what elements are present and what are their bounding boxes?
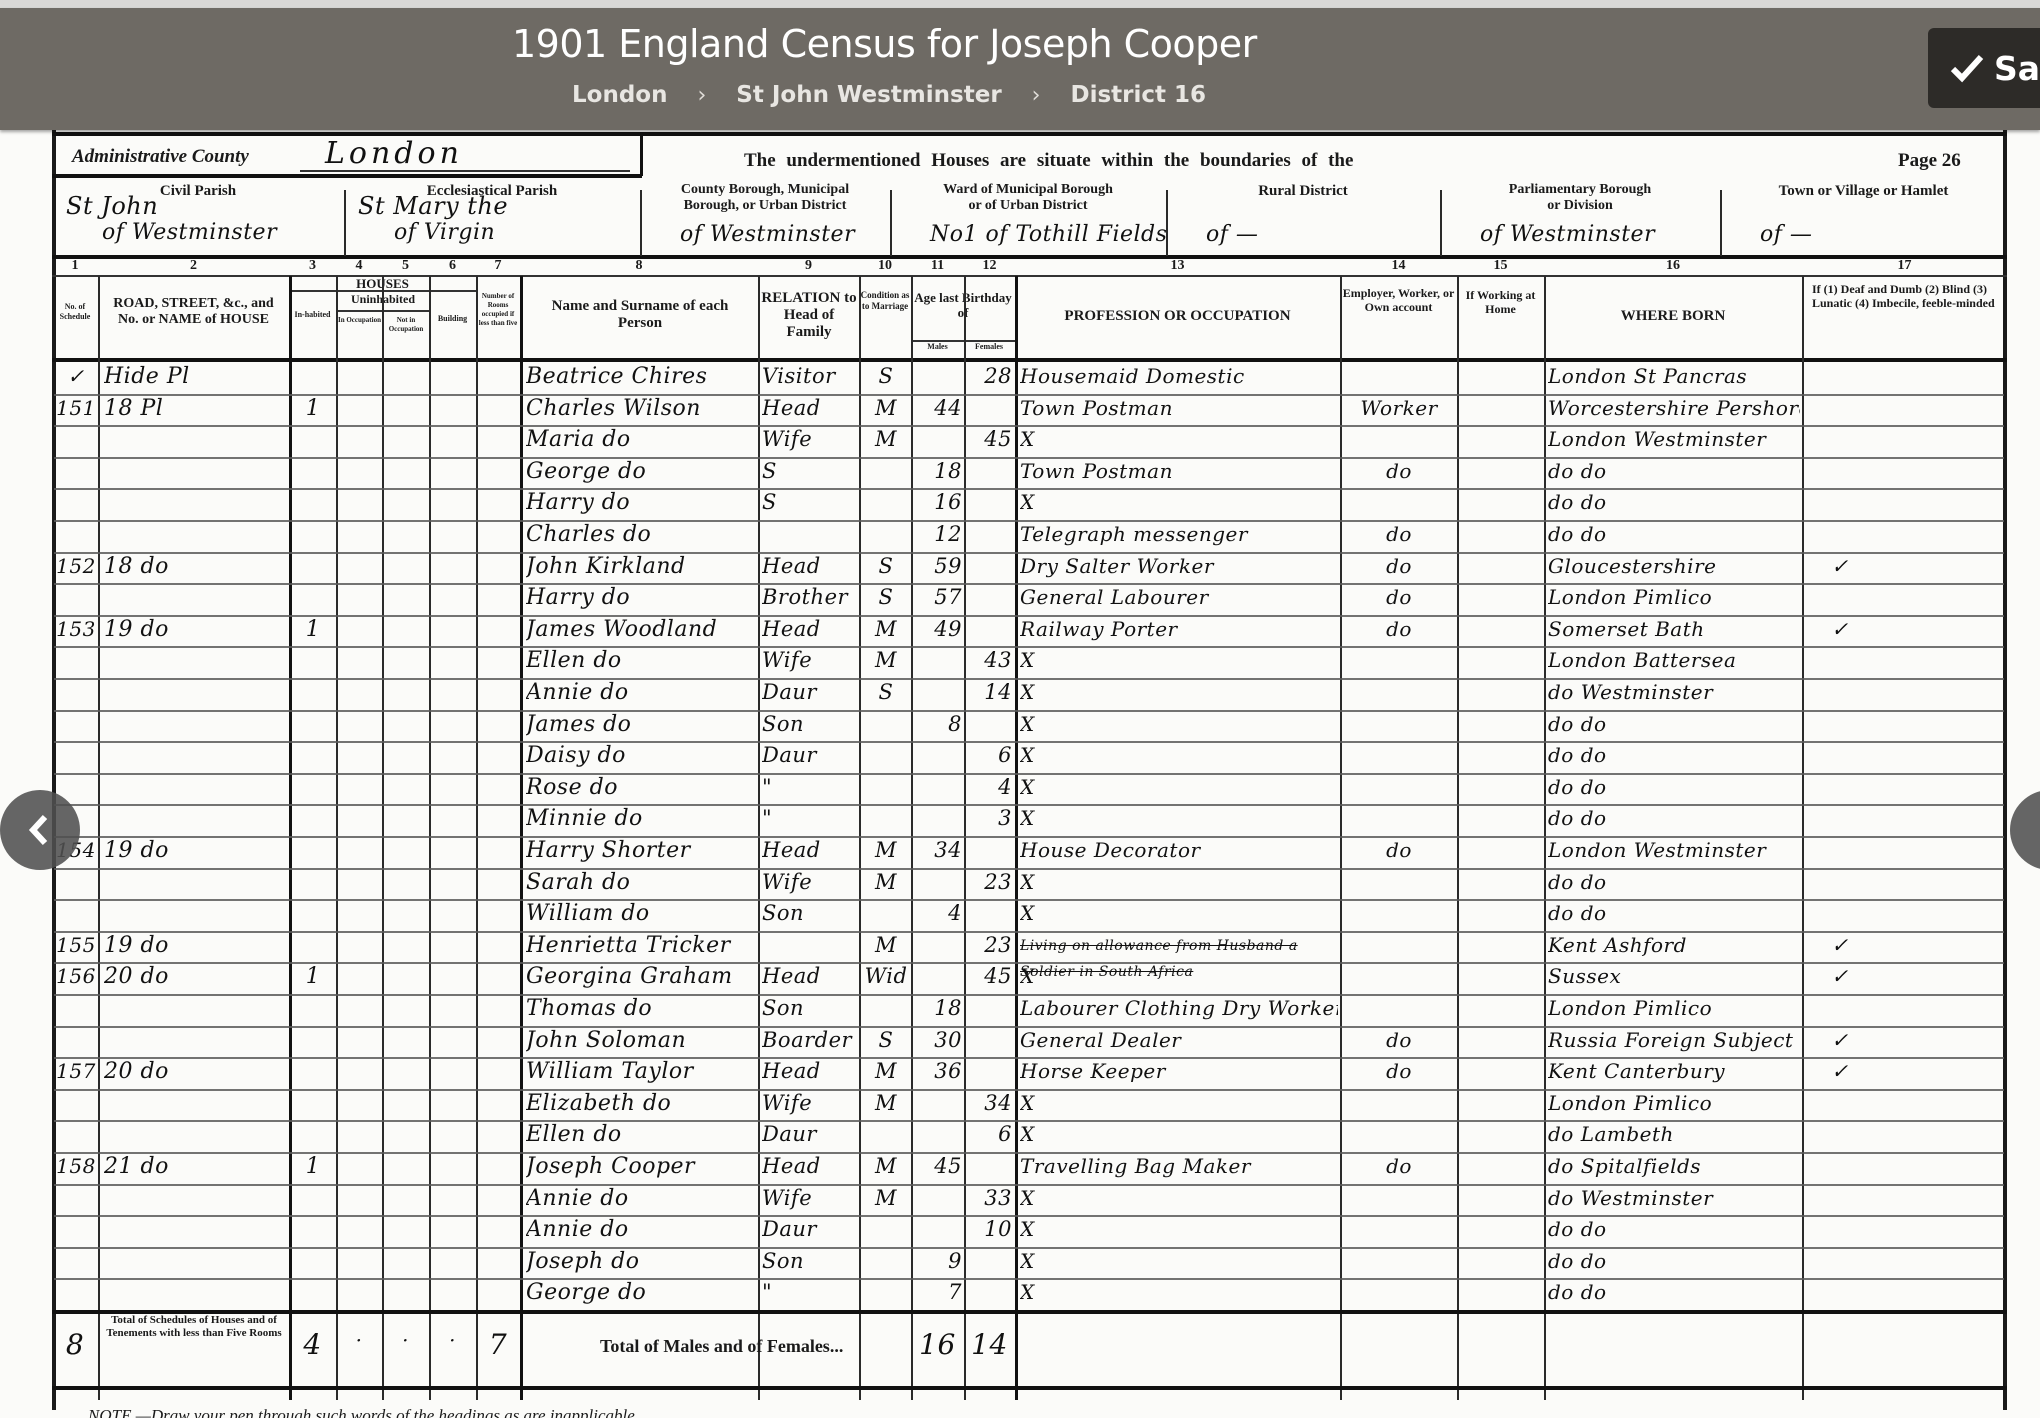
- occupation: Labourer Clothing Dry Worker: [1020, 996, 1338, 1020]
- relation-to-head: Son: [762, 901, 858, 925]
- marital-condition: Wid: [862, 964, 910, 988]
- district-value: St Mary the: [358, 192, 508, 220]
- occupation: X: [1020, 1217, 1338, 1241]
- census-image: Administrative County London The underme…: [0, 130, 2040, 1418]
- column-header: No. of Schedule: [52, 302, 98, 322]
- occupation: X: [1020, 1280, 1338, 1304]
- employer-status: do: [1344, 1059, 1454, 1083]
- breadcrumb-separator: ›: [697, 83, 706, 108]
- marital-condition: M: [862, 396, 910, 420]
- marital-condition: M: [862, 1059, 910, 1083]
- column-header: Employer, Worker, or Own account: [1340, 286, 1457, 314]
- birthplace: do do: [1548, 522, 1800, 546]
- district-value: St John: [66, 192, 158, 220]
- occupation: X: [1020, 775, 1338, 799]
- relation-to-head: Wife: [762, 870, 858, 894]
- female-age: 10: [964, 1217, 1012, 1241]
- male-age: 8: [912, 712, 962, 736]
- breadcrumb-district[interactable]: District 16: [1070, 82, 1206, 108]
- occupation: X: [1020, 964, 1338, 988]
- chevron-right-icon: [2035, 813, 2040, 847]
- relation-to-head: ": [762, 806, 858, 830]
- column-header: RELATION to Head of Family: [760, 290, 858, 341]
- marital-condition: S: [862, 554, 910, 578]
- infirmity-mark: ✓: [1810, 554, 1870, 578]
- birthplace: Sussex: [1548, 964, 1800, 988]
- male-age: 9: [912, 1249, 962, 1273]
- column-number: 13: [1015, 258, 1340, 274]
- female-age: 14: [964, 680, 1012, 704]
- female-age: 4: [964, 775, 1012, 799]
- male-age: 44: [912, 396, 962, 420]
- inhabited-count: 1: [292, 964, 334, 989]
- person-name: James Woodland: [526, 617, 756, 642]
- relation-to-head: ": [762, 1280, 858, 1304]
- column-number: 14: [1340, 258, 1457, 274]
- page-title: 1901 England Census for Joseph Cooper: [512, 22, 1257, 66]
- road-address: Hide Pl: [104, 364, 284, 389]
- schedule-number: 151: [56, 396, 96, 420]
- column-header: Number of Rooms occupied if less than fi…: [478, 292, 518, 328]
- male-age: 57: [912, 585, 962, 609]
- male-age: 34: [912, 838, 962, 862]
- district-label: Ward of Municipal Borough: [890, 182, 1166, 197]
- birthplace: do do: [1548, 1249, 1800, 1273]
- rule: [640, 132, 643, 176]
- male-age: 18: [912, 459, 962, 483]
- female-age: 43: [964, 648, 1012, 672]
- schedule-number: 158: [56, 1154, 96, 1178]
- district-value: of —: [1760, 222, 1812, 247]
- relation-to-head: Head: [762, 1154, 858, 1178]
- relation-to-head: Head: [762, 396, 858, 420]
- column-header: If Working at Home: [1457, 288, 1544, 316]
- marital-condition: M: [862, 838, 910, 862]
- employer-status: do: [1344, 459, 1454, 483]
- birthplace: Russia Foreign Subject: [1548, 1028, 1800, 1052]
- inhabited-count: 1: [292, 617, 334, 642]
- person-name: Harry do: [526, 490, 756, 515]
- total-schedules: 8: [52, 1328, 98, 1361]
- occupation: Town Postman: [1020, 396, 1338, 420]
- relation-to-head: Head: [762, 554, 858, 578]
- window-top-strip: [0, 0, 2040, 8]
- district-value: of Virgin: [394, 220, 495, 245]
- admin-county-value: London: [325, 136, 463, 171]
- relation-to-head: Brother: [762, 585, 858, 609]
- birthplace: do do: [1548, 806, 1800, 830]
- relation-to-head: S: [762, 490, 858, 514]
- relation-to-head: Daur: [762, 743, 858, 767]
- infirmity-mark: ✓: [1810, 1059, 1870, 1083]
- column-number: 6: [429, 258, 476, 274]
- person-name: Minnie do: [526, 806, 756, 831]
- person-name: Annie do: [526, 680, 756, 705]
- occupation: General Labourer: [1020, 585, 1338, 609]
- occupation: X: [1020, 1122, 1338, 1146]
- relation-to-head: Head: [762, 838, 858, 862]
- birthplace: Kent Canterbury: [1548, 1059, 1800, 1083]
- marital-condition: M: [862, 870, 910, 894]
- female-age: 23: [964, 870, 1012, 894]
- column-header: Name and Surname of each Person: [540, 298, 740, 332]
- male-age: 12: [912, 522, 962, 546]
- column-header: Age last Birthday of: [912, 290, 1014, 320]
- birthplace: do do: [1548, 743, 1800, 767]
- male-age: 7: [912, 1280, 962, 1304]
- inhabited-count: 1: [292, 396, 334, 421]
- female-age: 45: [964, 964, 1012, 988]
- person-name: George do: [526, 1280, 756, 1305]
- occupation: Housemaid Domestic: [1020, 364, 1338, 388]
- birthplace: London Westminster: [1548, 838, 1800, 862]
- birthplace: Somerset Bath: [1548, 617, 1800, 641]
- male-age: 49: [912, 617, 962, 641]
- total-inhabited: 4: [289, 1328, 336, 1361]
- column-number: 12: [964, 258, 1015, 274]
- infirmity-mark: ✓: [1810, 933, 1870, 957]
- column-number: 17: [1802, 258, 2007, 274]
- rule: [52, 1310, 2007, 1314]
- relation-to-head: Son: [762, 996, 858, 1020]
- occupation: Railway Porter: [1020, 617, 1338, 641]
- column-number: 7: [476, 258, 520, 274]
- person-name: Charles Wilson: [526, 396, 756, 421]
- marital-condition: M: [862, 1154, 910, 1178]
- person-name: Thomas do: [526, 996, 756, 1021]
- save-button[interactable]: Save: [1928, 28, 2040, 108]
- birthplace: do Spitalfields: [1548, 1154, 1800, 1178]
- person-name: Georgina Graham: [526, 964, 756, 989]
- district-value: of Westminster: [680, 222, 855, 247]
- column-header: Not in Occupation: [384, 316, 428, 334]
- column-header: In Occupation: [338, 316, 381, 325]
- female-age: 45: [964, 427, 1012, 451]
- marital-condition: M: [862, 427, 910, 451]
- breadcrumb-county[interactable]: London: [572, 82, 667, 108]
- previous-image-button[interactable]: [0, 790, 80, 870]
- female-age: 28: [964, 364, 1012, 388]
- rule: [300, 170, 630, 172]
- totals-males-females-label: Total of Males and of Females...: [600, 1336, 843, 1357]
- person-name: Joseph do: [526, 1249, 756, 1274]
- breadcrumb-separator: ›: [1032, 83, 1041, 108]
- birthplace: do do: [1548, 712, 1800, 736]
- marital-condition: S: [862, 364, 910, 388]
- total-rooms: 7: [476, 1328, 520, 1361]
- breadcrumb-parish[interactable]: St John Westminster: [736, 82, 1001, 108]
- column-number: 4: [336, 258, 382, 274]
- road-address: 19 do: [104, 617, 284, 642]
- district-label: Parliamentary Borough: [1440, 182, 1720, 197]
- relation-to-head: Daur: [762, 1122, 858, 1146]
- employer-status: do: [1344, 522, 1454, 546]
- relation-to-head: Head: [762, 964, 858, 988]
- total-in-occupation: ·: [336, 1328, 382, 1352]
- employer-status: do: [1344, 554, 1454, 578]
- marital-condition: M: [862, 1091, 910, 1115]
- admin-county-label: Administrative County: [72, 146, 249, 168]
- relation-to-head: Head: [762, 1059, 858, 1083]
- road-address: 18 Pl: [104, 396, 284, 421]
- column-header: Building: [430, 314, 475, 324]
- marital-condition: M: [862, 1186, 910, 1210]
- male-age: 16: [912, 490, 962, 514]
- column-number: 5: [382, 258, 429, 274]
- schedule-number: 155: [56, 933, 96, 957]
- inhabited-count: 1: [292, 1154, 334, 1179]
- rule: [911, 340, 1015, 342]
- schedule-number: 157: [56, 1059, 96, 1083]
- total-females: 14: [964, 1328, 1015, 1361]
- rule: [344, 190, 346, 256]
- person-name: Rose do: [526, 775, 756, 800]
- district-label: or of Urban District: [890, 198, 1166, 213]
- person-name: Harry Shorter: [526, 838, 756, 863]
- person-name: Maria do: [526, 427, 756, 452]
- occupation: X: [1020, 1249, 1338, 1273]
- occupation: Horse Keeper: [1020, 1059, 1338, 1083]
- column-number: 1: [52, 258, 98, 274]
- birthplace: London Battersea: [1548, 648, 1800, 672]
- person-name: John Soloman: [526, 1028, 756, 1053]
- person-name: Daisy do: [526, 743, 756, 768]
- schedule-number: ✓: [56, 364, 96, 388]
- column-header: Females: [964, 342, 1014, 352]
- person-name: William do: [526, 901, 756, 926]
- relation-to-head: Boarder: [762, 1028, 858, 1052]
- relation-to-head: Daur: [762, 680, 858, 704]
- total-building: ·: [429, 1328, 476, 1352]
- birthplace: do Lambeth: [1548, 1122, 1800, 1146]
- employer-status: do: [1344, 585, 1454, 609]
- occupation: X: [1020, 490, 1338, 514]
- female-age: 3: [964, 806, 1012, 830]
- occupation: X: [1020, 901, 1338, 925]
- occupation: X: [1020, 427, 1338, 451]
- rule: [52, 1386, 2007, 1390]
- person-name: John Kirkland: [526, 554, 756, 579]
- column-number: 15: [1457, 258, 1544, 274]
- rule: [52, 174, 642, 178]
- male-age: 59: [912, 554, 962, 578]
- male-age: 45: [912, 1154, 962, 1178]
- employer-status: do: [1344, 1028, 1454, 1052]
- relation-to-head: Wife: [762, 1186, 858, 1210]
- marital-condition: M: [862, 648, 910, 672]
- occupation: X: [1020, 1091, 1338, 1115]
- schedule-number: 152: [56, 554, 96, 578]
- district-label: Town or Village or Hamlet: [1720, 184, 2007, 199]
- birthplace: London Pimlico: [1548, 1091, 1800, 1115]
- column-number: 3: [289, 258, 336, 274]
- employer-status: Worker: [1344, 396, 1454, 420]
- person-name: George do: [526, 459, 756, 484]
- marital-condition: M: [862, 933, 910, 957]
- birthplace: London St Pancras: [1548, 364, 1800, 388]
- occupation: X: [1020, 680, 1338, 704]
- record-header: 1901 England Census for Joseph Cooper Lo…: [0, 8, 2040, 130]
- person-name: William Taylor: [526, 1059, 756, 1084]
- female-age: 6: [964, 1122, 1012, 1146]
- birthplace: London Pimlico: [1548, 996, 1800, 1020]
- occupation: General Dealer: [1020, 1028, 1338, 1052]
- footnote: NOTE.—Draw your pen through such words o…: [88, 1406, 639, 1418]
- breadcrumb: London › St John Westminster › District …: [572, 82, 1206, 108]
- column-number: 2: [98, 258, 289, 274]
- birthplace: do do: [1548, 1280, 1800, 1304]
- male-age: 36: [912, 1059, 962, 1083]
- birthplace: do Westminster: [1548, 680, 1800, 704]
- district-value: of Westminster: [1480, 222, 1655, 247]
- relation-to-head: Daur: [762, 1217, 858, 1241]
- district-label: Rural District: [1166, 184, 1440, 199]
- person-name: Henrietta Tricker: [526, 933, 756, 958]
- person-name: James do: [526, 712, 756, 737]
- person-name: Joseph Cooper: [526, 1154, 756, 1179]
- rule: [1720, 190, 1722, 256]
- occupation: X: [1020, 648, 1338, 672]
- marital-condition: S: [862, 680, 910, 704]
- person-name: Ellen do: [526, 648, 756, 673]
- occupation: Travelling Bag Maker: [1020, 1154, 1338, 1178]
- birthplace: do do: [1548, 870, 1800, 894]
- occupation: House Decorator: [1020, 838, 1338, 862]
- column-header: PROFESSION OR OCCUPATION: [1015, 308, 1340, 325]
- district-label: or Division: [1440, 198, 1720, 213]
- district-value: of —: [1206, 222, 1258, 247]
- column-header: WHERE BORN: [1544, 308, 1802, 325]
- person-name: Harry do: [526, 585, 756, 610]
- relation-to-head: ": [762, 775, 858, 799]
- infirmity-mark: ✓: [1810, 617, 1870, 641]
- road-address: 19 do: [104, 838, 284, 863]
- marital-condition: S: [862, 1028, 910, 1052]
- relation-to-head: Visitor: [762, 364, 858, 388]
- occupation: X: [1020, 870, 1338, 894]
- boundaries-text: The undermentioned Houses are situate wi…: [744, 150, 1353, 172]
- employer-status: do: [1344, 617, 1454, 641]
- birthplace: do do: [1548, 490, 1800, 514]
- occupation: Town Postman: [1020, 459, 1338, 483]
- occupation: Telegraph messenger: [1020, 522, 1338, 546]
- column-number: 11: [911, 258, 964, 274]
- relation-to-head: Wife: [762, 427, 858, 451]
- relation-to-head: Wife: [762, 648, 858, 672]
- district-value: No1 of Tothill Fields: [930, 222, 1167, 247]
- column-number: 8: [520, 258, 758, 274]
- column-number: 16: [1544, 258, 1802, 274]
- save-button-label: Save: [1994, 49, 2040, 88]
- person-name: Elizabeth do: [526, 1091, 756, 1116]
- person-name: Sarah do: [526, 870, 756, 895]
- female-age: 33: [964, 1186, 1012, 1210]
- birthplace: London Pimlico: [1548, 585, 1800, 609]
- birthplace: do Westminster: [1548, 1186, 1800, 1210]
- birthplace: do do: [1548, 901, 1800, 925]
- page-number: Page 26: [1898, 150, 1961, 172]
- road-address: 20 do: [104, 1059, 284, 1084]
- column-header: ROAD, STREET, &c., and No. or NAME of HO…: [102, 296, 285, 328]
- marital-condition: S: [862, 585, 910, 609]
- column-header: If (1) Deaf and Dumb (2) Blind (3) Lunat…: [1812, 282, 2002, 310]
- column-header: Condition as to Marriage: [860, 290, 910, 312]
- occupation: X: [1020, 743, 1338, 767]
- schedule-number: 156: [56, 964, 96, 988]
- birthplace: do do: [1548, 459, 1800, 483]
- male-age: 30: [912, 1028, 962, 1052]
- road-address: 19 do: [104, 933, 284, 958]
- infirmity-mark: ✓: [1810, 1028, 1870, 1052]
- relation-to-head: Head: [762, 617, 858, 641]
- person-name: Beatrice Chires: [526, 364, 756, 389]
- occupation: X: [1020, 806, 1338, 830]
- male-age: 18: [912, 996, 962, 1020]
- infirmity-mark: ✓: [1810, 964, 1870, 988]
- relation-to-head: S: [762, 459, 858, 483]
- total-males: 16: [911, 1328, 964, 1361]
- check-icon: [1950, 53, 1984, 83]
- birthplace: Kent Ashford: [1548, 933, 1800, 957]
- person-name: Charles do: [526, 522, 756, 547]
- male-age: 4: [912, 901, 962, 925]
- road-address: 21 do: [104, 1154, 284, 1179]
- birthplace: London Westminster: [1548, 427, 1800, 451]
- birthplace: Gloucestershire: [1548, 554, 1800, 578]
- district-value: of Westminster: [102, 220, 277, 245]
- employer-status: do: [1344, 1154, 1454, 1178]
- district-label: County Borough, Municipal: [640, 182, 890, 197]
- column-number: 9: [758, 258, 859, 274]
- total-not-in-occupation: ·: [382, 1328, 429, 1352]
- relation-to-head: Wife: [762, 1091, 858, 1115]
- person-name: Annie do: [526, 1186, 756, 1211]
- employer-status: do: [1344, 838, 1454, 862]
- birthplace: Worcestershire Pershore: [1548, 396, 1800, 420]
- road-address: 20 do: [104, 964, 284, 989]
- road-address: 18 do: [104, 554, 284, 579]
- birthplace: do do: [1548, 775, 1800, 799]
- occupation: X: [1020, 712, 1338, 736]
- column-number: 10: [859, 258, 911, 274]
- occupation: Dry Salter Worker: [1020, 554, 1338, 578]
- totals-label: Total of Schedules of Houses and of Tene…: [104, 1314, 284, 1340]
- relation-to-head: Son: [762, 712, 858, 736]
- chevron-left-icon: [25, 813, 55, 847]
- district-label: Borough, or Urban District: [640, 198, 890, 213]
- female-age: 6: [964, 743, 1012, 767]
- marital-condition: M: [862, 617, 910, 641]
- birthplace: do do: [1548, 1217, 1800, 1241]
- column-header: Males: [912, 342, 963, 352]
- person-name: Ellen do: [526, 1122, 756, 1147]
- female-age: 23: [964, 933, 1012, 957]
- female-age: 34: [964, 1091, 1012, 1115]
- occupation: X: [1020, 1186, 1338, 1210]
- person-name: Annie do: [526, 1217, 756, 1242]
- schedule-number: 153: [56, 617, 96, 641]
- column-header: In-habited: [290, 310, 335, 320]
- relation-to-head: Son: [762, 1249, 858, 1273]
